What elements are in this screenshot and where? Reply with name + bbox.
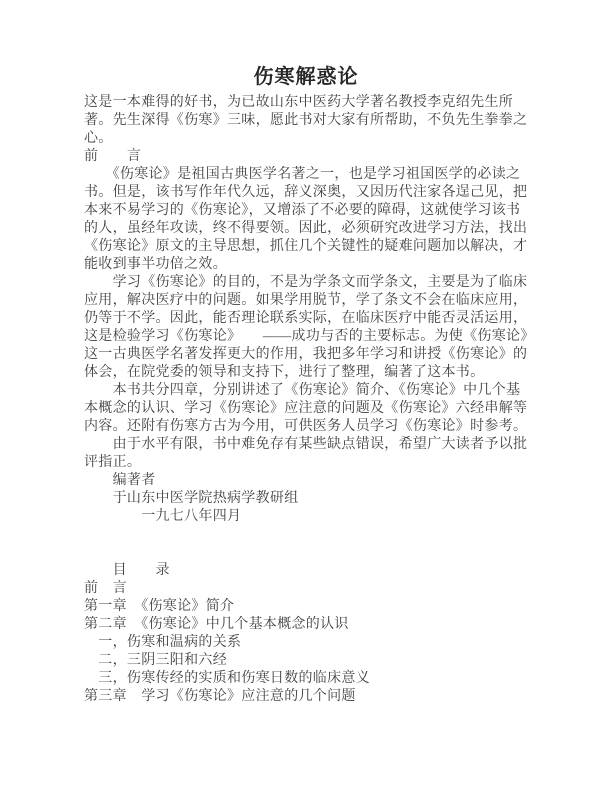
text-line: 内容。还附有伤寒方古为今用，可供医务人员学习《伤寒论》时参考。 — [84, 418, 528, 436]
preface-heading: 前 言 — [84, 148, 528, 166]
toc-list: 前 言 第一章 《伤寒论》简介 第二章 《伤寒论》中几个基本概念的认识 一，伤寒… — [84, 580, 528, 706]
signature-block: 编著者 于山东中医学院热病学教研组 一九七八年四月 — [84, 472, 528, 526]
intro-paragraph: 这是一本难得的好书，为已故山东中医药大学著名教授李克绍先生所 著。先生深得《伤寒… — [84, 94, 528, 148]
date-line: 一九七八年四月 — [84, 508, 528, 526]
text-line: 本概念的认识、学习《伤寒论》应注意的问题及《伤寒论》六经串解等 — [84, 400, 528, 418]
text-line: 的人，虽经年攻读，终不得要领。因此，必须研究改进学习方法，找出 — [84, 220, 528, 238]
toc-item: 前 言 — [84, 580, 528, 598]
toc-item: 一，伤寒和温病的关系 — [84, 634, 528, 652]
text-line: 体会，在院党委的领导和支持下，进行了整理，编著了这本书。 — [84, 364, 528, 382]
text-line: 这是一本难得的好书，为已故山东中医药大学著名教授李克绍先生所 — [84, 94, 528, 112]
text-line: 这是检验学习《伤寒论》 ——成功与否的主要标志。为使《伤寒论》 — [84, 328, 528, 346]
toc-item: 三，伤寒传经的实质和伤寒日数的临床意义 — [84, 670, 528, 688]
text-line: 书。但是，该书写作年代久远，辞义深奥，又因历代注家各逞己见，把 — [84, 184, 528, 202]
text-line: 本书共分四章，分别讲述了《伤寒论》简介、《伤寒论》中几个基 — [84, 382, 528, 400]
text-line: 本来不易学习的《伤寒论》，又增添了不必要的障碍，这就使学习该书 — [84, 202, 528, 220]
preface-body: 《伤寒论》是祖国古典医学名著之一，也是学习祖国医学的必读之 书。但是，该书写作年… — [84, 166, 528, 472]
affiliation-line: 于山东中医学院热病学教研组 — [84, 490, 528, 508]
toc-heading: 目 录 — [84, 562, 528, 580]
text-line: 《伤寒论》原文的主导思想，抓住几个关键性的疑难问题加以解决，才 — [84, 238, 528, 256]
text-line: 由于水平有限，书中难免存有某些缺点错误，希望广大读者予以批 — [84, 436, 528, 454]
toc-item: 二，三阴三阳和六经 — [84, 652, 528, 670]
text-line: 这一古典医学名著发挥更大的作用，我把多年学习和讲授《伤寒论》的 — [84, 346, 528, 364]
text-line: 学习《伤寒论》的目的，不是为学条文而学条文，主要是为了临床 — [84, 274, 528, 292]
document-page: 伤寒解惑论 这是一本难得的好书，为已故山东中医药大学著名教授李克绍先生所 著。先… — [0, 0, 612, 792]
text-line: 能收到事半功倍之效。 — [84, 256, 528, 274]
text-line: 应用，解决医疗中的问题。如果学用脱节，学了条文不会在临床应用， — [84, 292, 528, 310]
toc-item: 第一章 《伤寒论》简介 — [84, 598, 528, 616]
toc-item: 第三章 学习《伤寒论》应注意的几个问题 — [84, 688, 528, 706]
document-title: 伤寒解惑论 — [84, 64, 528, 90]
author-line: 编著者 — [84, 472, 528, 490]
text-line: 评指正。 — [84, 454, 528, 472]
toc-item: 第二章 《伤寒论》中几个基本概念的认识 — [84, 616, 528, 634]
text-line: 《伤寒论》是祖国古典医学名著之一，也是学习祖国医学的必读之 — [84, 166, 528, 184]
text-line: 心。 — [84, 130, 528, 148]
text-line: 仍等于不学。因此，能否理论联系实际，在临床医疗中能否灵活运用， — [84, 310, 528, 328]
text-line: 著。先生深得《伤寒》三味，愿此书对大家有所帮助，不负先生拳拳之 — [84, 112, 528, 130]
